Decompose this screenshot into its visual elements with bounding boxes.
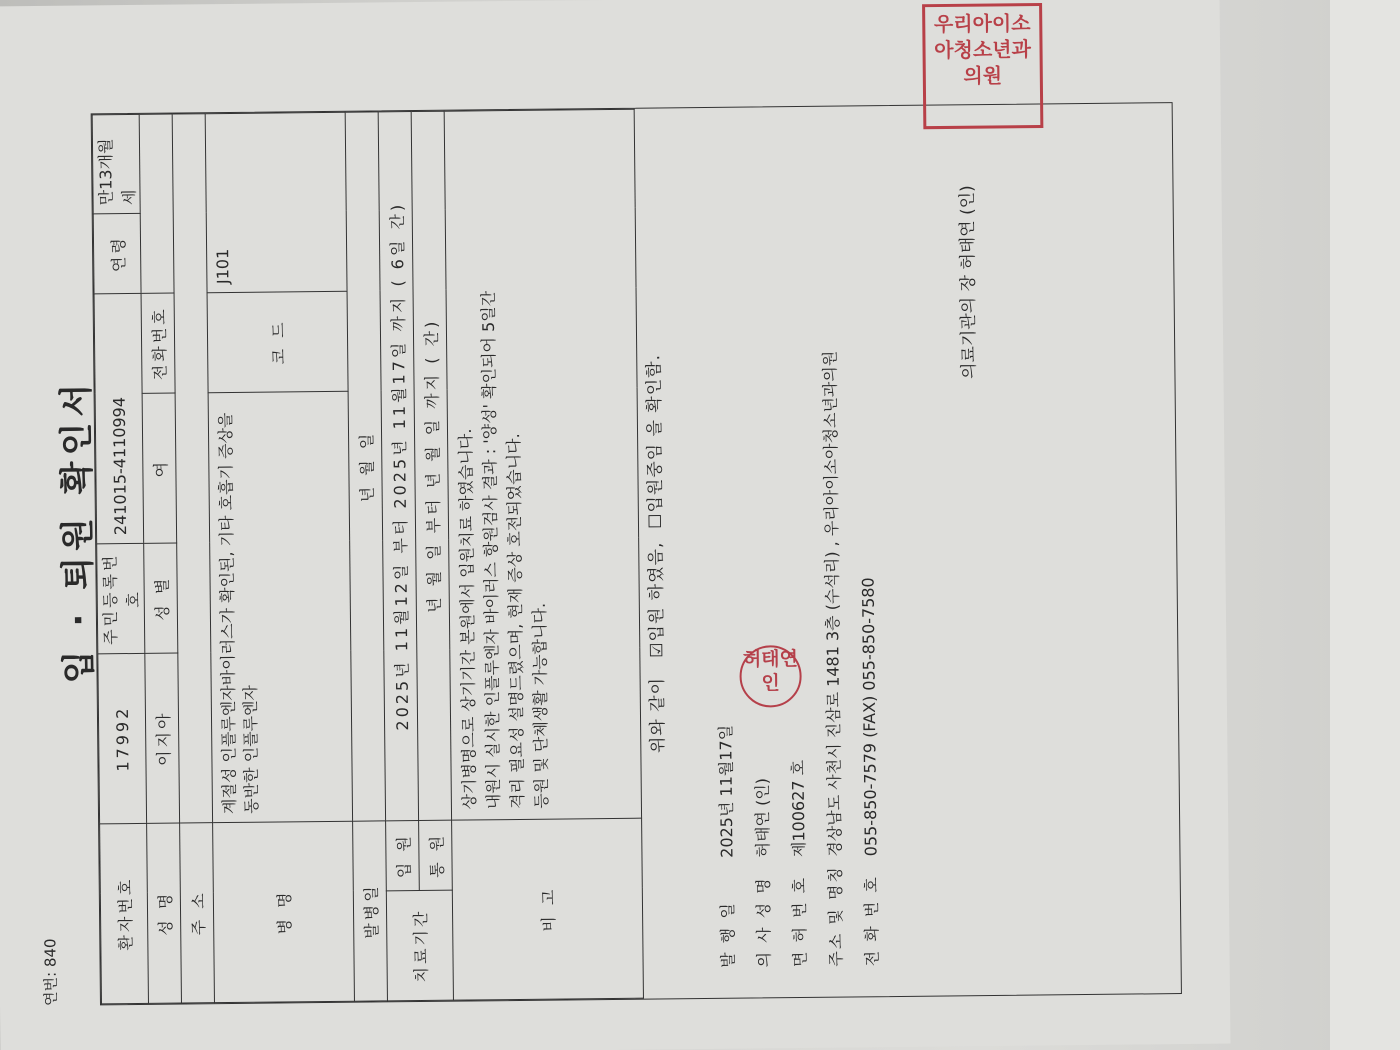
phone-label: 전화번호 [141,293,175,393]
code-label: 코 드 [207,291,348,392]
clinic-phone-label: 전 화 번 호 [853,856,890,966]
inpatient-option: 입원중임 을 확인함. [644,354,666,513]
patient-info-table: 환자번호 17992 주민등록번호 241015-4110994 연령 만13개… [92,109,644,1005]
diagnosis-label: 병 명 [213,821,355,1002]
phone-value [139,114,174,293]
rrn-label: 주민등록번호 [97,543,145,653]
admitted-option: 입원 하였음, [646,542,667,642]
address-label: 주 소 [180,823,215,1003]
diagnosis-text: 계절성 인플루엔자바이러스가 확인된, 기타 호흡기 증상을 동반한 인플루엔자 [208,391,352,822]
sex-value: 여 [142,393,177,543]
admitted-checkbox: ☑ [647,641,667,657]
inpatient-checkbox: ☐ [646,512,666,528]
issue-date: 2025년 11월17일 [708,725,745,858]
inpatient-label: 입 원 [386,821,420,891]
remarks-text: 상기병명으로 상기기간 본원에서 입원치료 하였습니다. 내원시 실시한 인플루… [444,109,641,820]
clinic-seal-stamp: 우리아이소아청소년과의원 [922,3,1043,129]
patient-no-value: 17992 [98,653,147,823]
doctor-seal-stamp: 허태연인 [739,645,802,708]
head-signature: 의료기관의 장 허태연 (인) [952,185,979,379]
issue-date-label: 발 행 일 [709,858,746,968]
outpatient-label: 통 원 [419,820,453,890]
doctor-label: 의 사 성 명 [745,857,782,967]
certificate-page: 연번: 840 입 · 퇴원 확인서 환자번호 17992 주민등록번호 241… [0,0,1230,1050]
remarks-label: 비 고 [452,818,644,1000]
underlying-sheet [1330,0,1400,1050]
code-value: J101 [205,112,347,292]
patient-no-label: 환자번호 [100,823,149,1003]
rrn-value: 241015-4110994 [94,293,144,543]
license-label: 면 허 번 호 [781,857,818,967]
doctor-name: 허태연 (인) [745,778,782,858]
age-label: 연령 [93,213,141,293]
sex-label: 성 별 [144,543,178,653]
license-number: 제100627 호 [780,760,817,857]
certificate-frame: 환자번호 17992 주민등록번호 241015-4110994 연령 만13개… [91,102,1182,1005]
age-value: 만13개월세 [92,114,140,213]
clinic-address: 경상남도 사천시 진삼로 1481 3층 (수석리) , 우리아이소아청소년과의… [812,351,853,857]
confirmation-prefix: 위와 같이 [648,677,669,753]
clinic-address-label: 주소 및 명칭 [817,856,854,966]
name-value: 이지아 [145,653,180,823]
clinic-phone: 055-850-7579 (FAX) 055-850-7580 [851,577,890,856]
treatment-label: 치료기간 [386,890,453,1001]
name-label: 성 명 [147,823,182,1003]
onset-label: 발병일 [353,821,388,1001]
